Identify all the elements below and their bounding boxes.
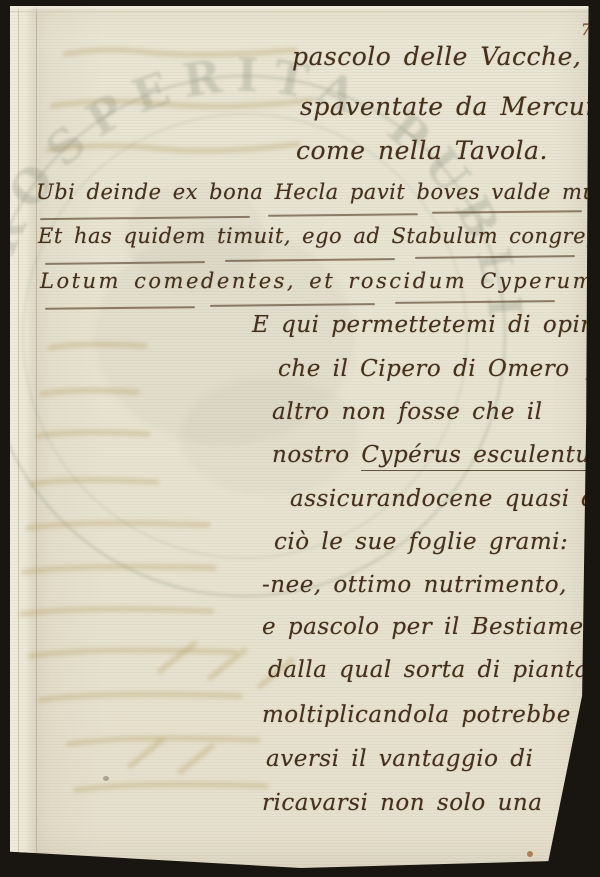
underlined-species-name: Cypérus esculentus [361, 442, 600, 471]
manuscript-line: Lotum comedentes, et roscidum Cyperum. [40, 271, 600, 292]
manuscript-line: altro non fosse che il [272, 401, 542, 424]
manuscript-line: moltiplicandola potrebbe [262, 704, 571, 727]
page-number: 7 [581, 20, 591, 39]
page-binding-edge [10, 6, 37, 868]
page-top-edge [10, 6, 592, 12]
manuscript-line: aversi il vantaggio di [266, 748, 533, 771]
manuscript-page: PROSPERITA PUBLICA [10, 6, 592, 868]
verse-underline [40, 216, 250, 220]
verse-underline [395, 300, 555, 304]
manuscript-scan: PROSPERITA PUBLICA [0, 0, 600, 877]
manuscript-line: E qui permettetemi di opinare [252, 314, 600, 337]
manuscript-line: assicurandocene quasi di [290, 488, 600, 511]
manuscript-line: spaventate da Mercurio , [300, 94, 600, 119]
foxing-speck [103, 776, 109, 781]
manuscript-line: pascolo delle Vacche, [292, 44, 581, 69]
verse-underline [432, 210, 582, 214]
manuscript-line: e pascolo per il Bestiame, [262, 616, 591, 639]
verse-underline [268, 213, 418, 217]
manuscript-line: dalla qual sorta di pianta [268, 659, 589, 682]
manuscript-line: Et has quidem timuit, ego ad Stabulum co… [38, 226, 600, 247]
line-pre: nostro [272, 442, 361, 468]
verse-underline [45, 261, 205, 265]
manuscript-line: che il Cipero di Omero [278, 358, 570, 381]
manuscript-line: come nella Tavola. [296, 138, 548, 163]
manuscript-line: -nee, ottimo nutrimento, [262, 574, 567, 597]
foxing-speck [570, 759, 574, 763]
verse-underline [45, 306, 195, 310]
verse-underline [415, 255, 575, 259]
verse-underline [210, 303, 375, 307]
page-binding-crease [18, 6, 19, 868]
foxing-speck [527, 851, 533, 857]
manuscript-line: Ubi deinde ex bona Hecla pavit boves val… [36, 182, 600, 203]
manuscript-line: ciò le sue foglie grami: [274, 531, 568, 554]
margin-continuation-mark: ,, [585, 358, 598, 382]
verse-underline [225, 258, 395, 262]
manuscript-line: ricavarsi non solo una [262, 792, 542, 815]
manuscript-line: nostro Cypérus esculentus, [272, 444, 600, 467]
